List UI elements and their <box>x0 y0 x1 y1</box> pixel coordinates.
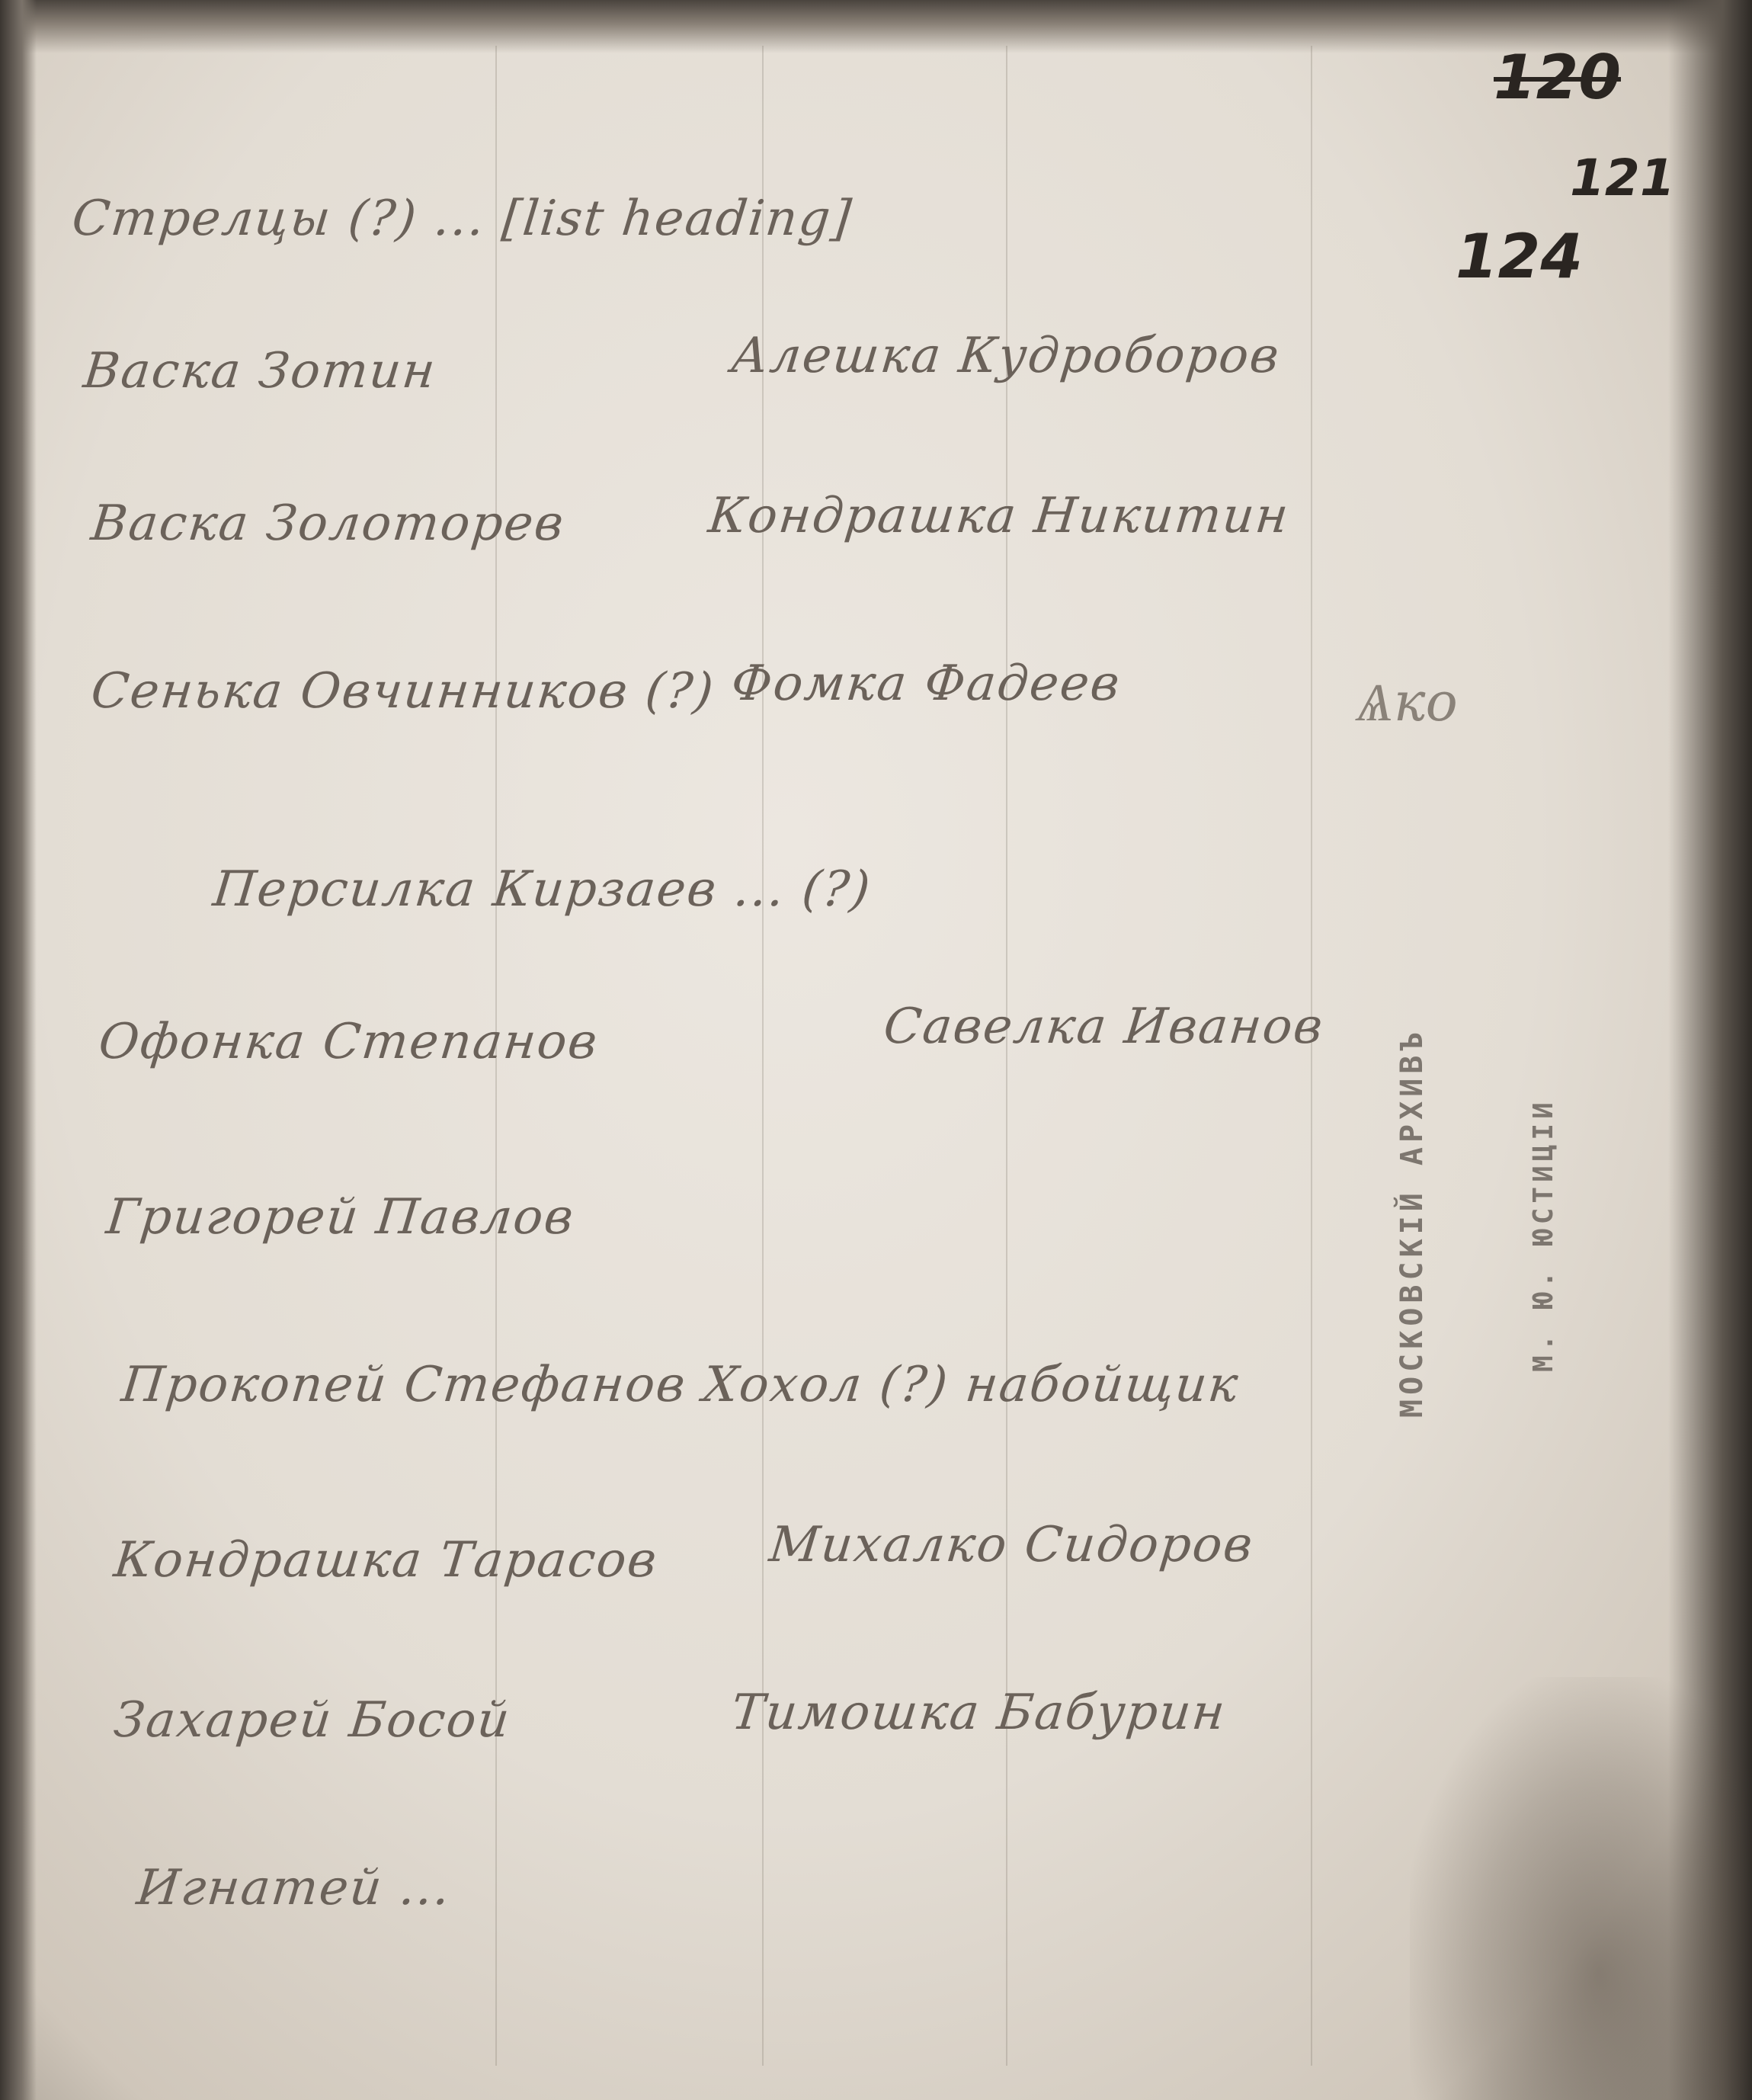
manuscript-entry: Савелка Иванов <box>881 999 1327 1055</box>
manuscript-entry: Офонка Степанов <box>96 1014 601 1070</box>
manuscript-entry: Васка Золоторев <box>88 495 568 552</box>
manuscript-entry: Григорей Павлов <box>104 1189 577 1246</box>
manuscript-entry: Кондрашка Тарасов <box>111 1532 661 1589</box>
manuscript-entry: Алешка Кудроборов <box>729 328 1283 384</box>
archive-stamp-line2: М. Ю. ЮСТИЦІИ <box>1528 1098 1559 1372</box>
manuscript-entry: Игнатей ... <box>134 1860 453 1916</box>
folio-number-upper: 121 <box>1570 149 1675 207</box>
manuscript-entry: Захарей Босой <box>111 1692 514 1749</box>
manuscript-entry: Прокопей Стефанов Хохол (?) набойщик <box>119 1357 1242 1413</box>
manuscript-entry: Сенька Овчинников (?) <box>88 663 717 720</box>
folio-number-current: 124 <box>1456 221 1583 292</box>
paper-stain <box>1410 1677 1752 2100</box>
page-left-edge-shadow <box>0 0 37 2100</box>
margin-note: Ѧко <box>1356 671 1458 734</box>
manuscript-entry: Персилка Кирзаев ... (?) <box>210 861 874 918</box>
manuscript-entry: Васка Зотин <box>81 343 439 399</box>
manuscript-entry: Михалко Сидоров <box>767 1517 1257 1573</box>
manuscript-entry: Тимошка Бабурин <box>729 1685 1228 1741</box>
paper-chain-line <box>1311 46 1312 2066</box>
manuscript-heading: Стрелцы (?) ... [list heading] <box>69 191 855 247</box>
archive-stamp-line1: МОСКОВСКІЙ АРХИВЪ <box>1395 1028 1430 1418</box>
page-top-edge-shadow <box>0 0 1752 53</box>
manuscript-entry: Фомка Фадеев <box>729 656 1123 712</box>
folio-number-struck: 120 <box>1494 42 1621 113</box>
manuscript-entry: Кондрашка Никитин <box>706 488 1292 544</box>
